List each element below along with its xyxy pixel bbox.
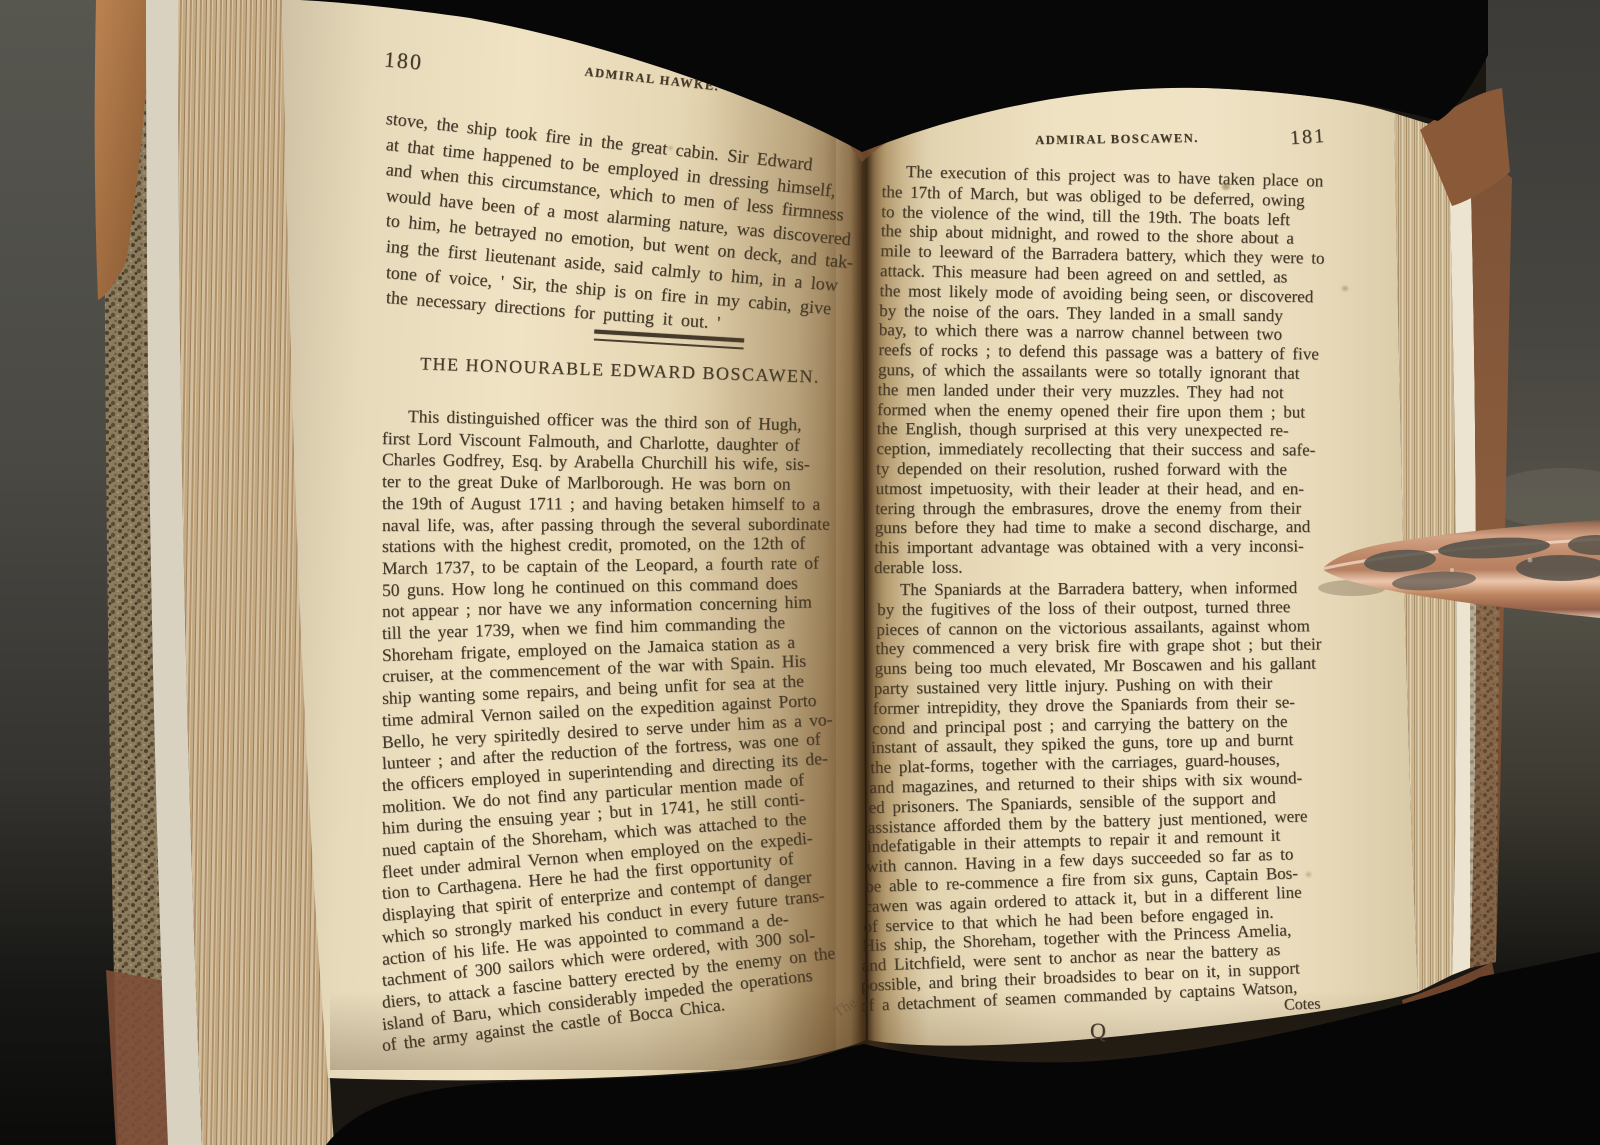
pen-glint <box>1450 568 1454 572</box>
shadows-and-pen-overlay <box>0 0 1600 1145</box>
pen-glint <box>1528 558 1533 563</box>
gutter-shadow <box>824 55 904 1055</box>
gutter-soft-shadow <box>706 60 836 1060</box>
copper-pen <box>1322 520 1600 618</box>
top-shadow-void <box>300 0 1488 152</box>
photograph-open-book: 180 ADMIRAL HAWKE. stove, the ship took … <box>0 0 1600 1145</box>
